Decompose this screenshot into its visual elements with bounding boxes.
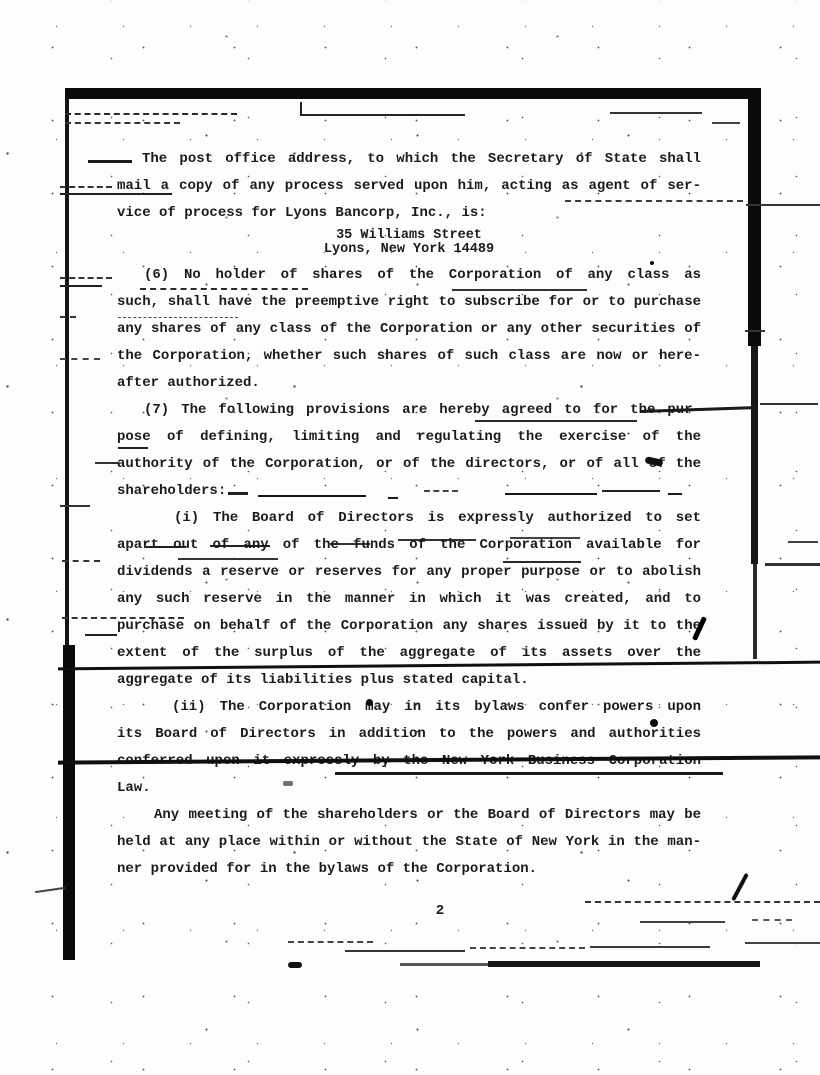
scan-mark [345,950,465,952]
text-line: aggregate of its liabilities plus stated… [117,667,701,694]
scan-mark [610,112,702,114]
scan-mark [712,122,740,124]
text-line: (i) The Board of Directors is expressly … [117,505,701,532]
address-line: Lyons, New York 14489 [117,243,701,257]
text-line: ner provided for in the bylaws of the Co… [117,856,701,883]
scan-mark [60,285,102,287]
scan-mark [745,330,765,332]
scan-mark [746,204,820,206]
scan-mark [745,942,820,944]
text-line: authority of the Corporation, or of the … [117,451,701,478]
scan-mark [60,358,100,360]
scan-mark [400,963,490,966]
text-line: The post office address, to which the Se… [117,146,701,173]
scan-border-right-mid [751,346,758,564]
text-line: (6) No holder of shares of the Corporati… [117,262,701,289]
scan-mark [85,634,117,636]
scan-border-left [65,99,69,647]
text-line: vice of process for Lyons Bancorp, Inc.,… [117,200,701,227]
scan-mark [585,901,820,903]
scan-mark [65,122,180,124]
scan-mark [60,505,90,507]
scan-mark [60,277,112,279]
text-line: pose of defining, limiting and regulatin… [117,424,701,451]
scan-mark [760,403,818,405]
text-line: apart out of any of the funds of the Cor… [117,532,701,559]
text-line: after authorized. [117,370,701,397]
text-line: shareholders: [117,478,701,505]
document-text: The post office address, to which the Se… [117,146,701,883]
scan-border-top [65,88,757,99]
page-number: 2 [430,903,450,919]
text-line: the Corporation, whether such shares of … [117,343,701,370]
scan-mark [60,186,112,188]
ink-slash [731,873,749,901]
scan-mark [765,563,820,566]
scan-mark [300,102,302,114]
scanned-document-page: The post office address, to which the Se… [0,0,820,1075]
text-line: Law. [117,775,701,802]
scan-mark [590,946,710,948]
text-line: (ii) The Corporation may in its bylaws c… [117,694,701,721]
scan-border-right [748,88,761,346]
address-line: 35 Williams Street [117,229,701,243]
scan-mark [640,921,725,923]
scan-mark [35,887,65,893]
scan-mark [288,941,373,943]
scan-mark [752,919,792,921]
text-line: any shares of any class of the Corporati… [117,316,701,343]
scan-mark [95,462,119,464]
text-line: (7) The following provisions are hereby … [117,397,701,424]
scan-mark [65,113,237,115]
text-line: dividends a reserve or reserves for any … [117,559,701,586]
scan-mark [788,541,818,543]
scan-mark [62,560,100,562]
scan-border-right-low [753,564,757,659]
text-line: such, shall have the preemptive right to… [117,289,701,316]
scan-line [488,961,760,967]
text-line: held at any place within or without the … [117,829,701,856]
ink-blot [650,719,658,727]
scan-mark [60,316,76,318]
text-line: Any meeting of the shareholders or the B… [117,802,701,829]
scan-mark [470,947,585,949]
scan-border-left-thick [63,645,75,960]
text-line: extent of the surplus of the aggregate o… [117,640,701,667]
text-line: mail a copy of any process served upon h… [117,173,701,200]
text-line: purchase on behalf of the Corporation an… [117,613,701,640]
text-line: its Board of Directors in addition to th… [117,721,701,748]
ink-blot [366,699,373,706]
ink-blot [288,962,302,968]
text-line: any such reserve in the manner in which … [117,586,701,613]
scan-mark [300,114,465,116]
